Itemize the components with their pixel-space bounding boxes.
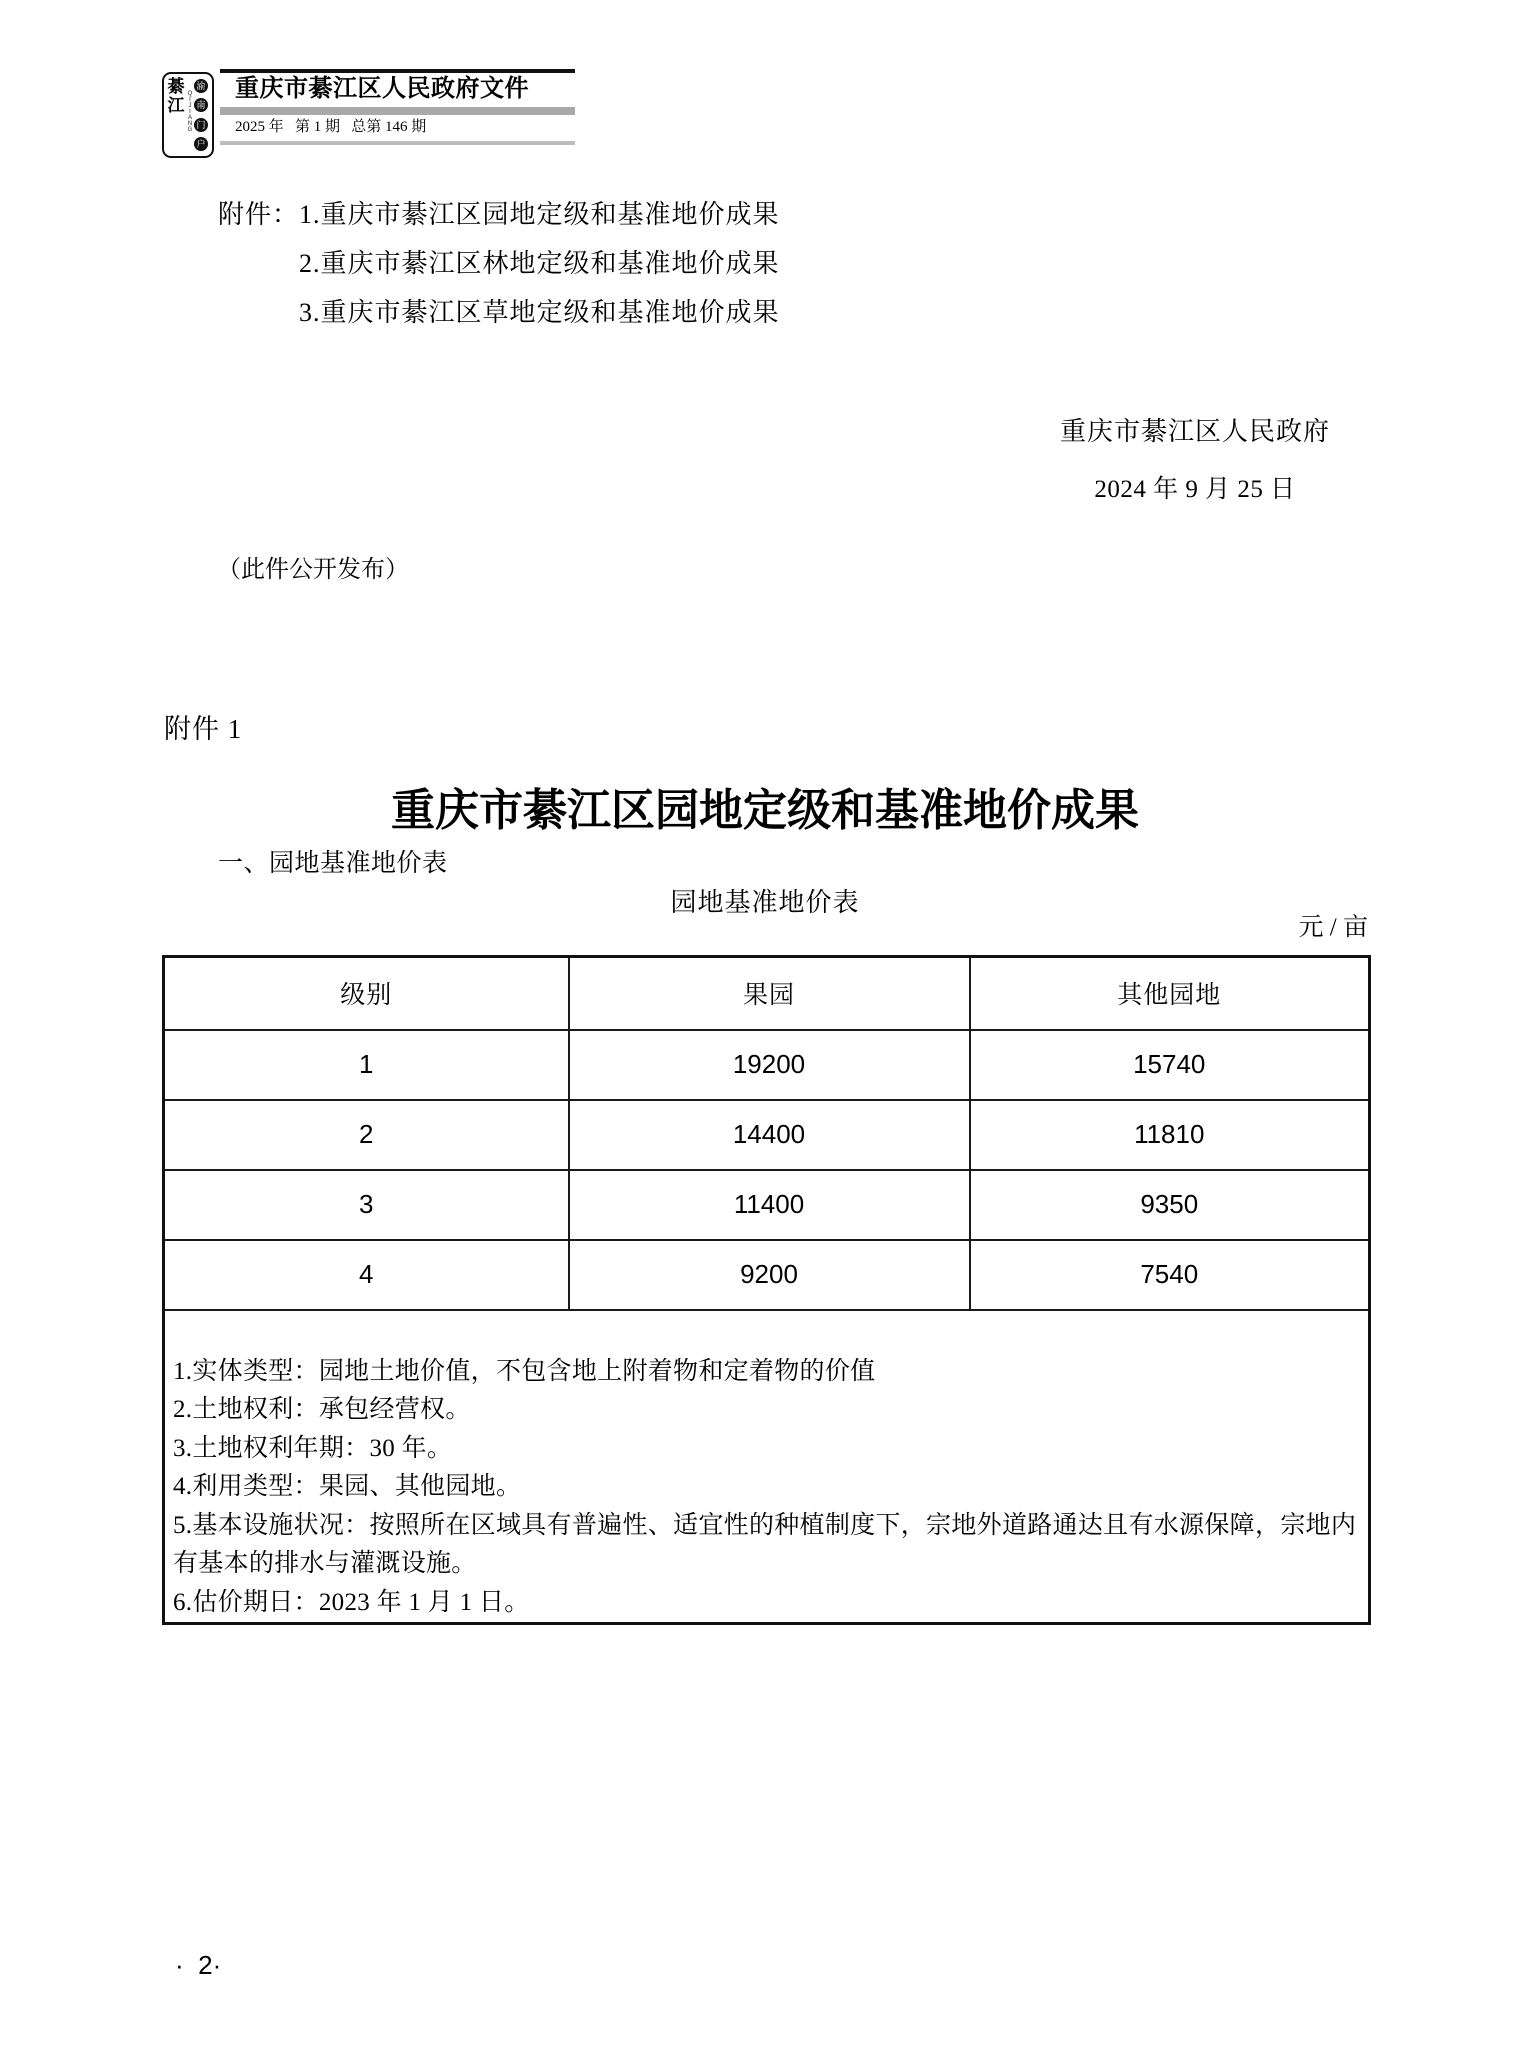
attachment-item: 1.重庆市綦江区园地定级和基准地价成果 bbox=[299, 190, 780, 239]
column-header-other-garden: 其他园地 bbox=[970, 957, 1370, 1030]
seal-icon: 南 bbox=[194, 98, 208, 112]
logo-char-1: 綦 bbox=[168, 77, 185, 96]
cell-orchard-price: 11400 bbox=[569, 1170, 970, 1240]
attachment-items: 1.重庆市綦江区园地定级和基准地价成果 2.重庆市綦江区林地定级和基准地价成果 … bbox=[299, 190, 780, 337]
logo-char-2: 江 bbox=[168, 96, 185, 115]
government-seal-logo: 綦 江 QIJIANG 渝 南 门 户 bbox=[162, 72, 214, 158]
table-row: 2 14400 11810 bbox=[164, 1100, 1370, 1170]
page-number: · 2· bbox=[175, 1950, 221, 1981]
issue-date: 2024 年 9 月 25 日 bbox=[1020, 469, 1370, 505]
cell-other-price: 7540 bbox=[970, 1240, 1370, 1310]
issue-info-line: 2025 年 第 1 期 总第 146 期 bbox=[235, 118, 426, 136]
table-row: 1 19200 15740 bbox=[164, 1030, 1370, 1100]
attachment-item: 2.重庆市綦江区林地定级和基准地价成果 bbox=[299, 239, 780, 288]
attachment-list: 附件： 1.重庆市綦江区园地定级和基准地价成果 2.重庆市綦江区林地定级和基准地… bbox=[218, 190, 780, 337]
note-line: 2.土地权利：承包经营权。 bbox=[173, 1391, 1358, 1430]
cell-level: 3 bbox=[164, 1170, 569, 1240]
table-row: 4 9200 7540 bbox=[164, 1240, 1370, 1310]
note-line: 1.实体类型：园地土地价值，不包含地上附着物和定着物的价值 bbox=[173, 1353, 1358, 1392]
attachment-label: 附件： bbox=[218, 190, 299, 337]
note-line: 3.土地权利年期：30 年。 bbox=[173, 1430, 1358, 1469]
table-notes-cell: 1.实体类型：园地土地价值，不包含地上附着物和定着物的价值 2.土地权利：承包经… bbox=[164, 1310, 1370, 1624]
document-page: 綦 江 QIJIANG 渝 南 门 户 重庆市綦江区人民政府文件 2025 年 … bbox=[0, 0, 1530, 2062]
note-line: 4.利用类型：果园、其他园地。 bbox=[173, 1468, 1358, 1507]
note-line: 5.基本设施状况：按照所在区域具有普遍性、适宜性的种植制度下，宗地外道路通达且有… bbox=[173, 1507, 1358, 1584]
table-row: 3 11400 9350 bbox=[164, 1170, 1370, 1240]
issuing-authority: 重庆市綦江区人民政府 bbox=[1020, 416, 1370, 448]
seal-icon: 渝 bbox=[194, 79, 208, 93]
cell-other-price: 9350 bbox=[970, 1170, 1370, 1240]
cell-level: 2 bbox=[164, 1100, 569, 1170]
cell-other-price: 15740 bbox=[970, 1030, 1370, 1100]
masthead-bottom-rule bbox=[220, 141, 575, 145]
table-header-row: 级别 果园 其他园地 bbox=[164, 957, 1370, 1030]
logo-romanized-text: QIJIANG bbox=[186, 91, 193, 153]
unit-label: 元 / 亩 bbox=[162, 907, 1368, 943]
table-notes-row: 1.实体类型：园地土地价值，不包含地上附着物和定着物的价值 2.土地权利：承包经… bbox=[164, 1310, 1370, 1624]
attachment-row: 附件： 1.重庆市綦江区园地定级和基准地价成果 2.重庆市綦江区林地定级和基准地… bbox=[218, 190, 780, 337]
column-header-orchard: 果园 bbox=[569, 957, 970, 1030]
public-release-note: （此件公开发布） bbox=[217, 549, 409, 584]
cell-orchard-price: 19200 bbox=[569, 1030, 970, 1100]
cell-other-price: 11810 bbox=[970, 1100, 1370, 1170]
signature-block: 重庆市綦江区人民政府 2024 年 9 月 25 日 bbox=[1020, 416, 1370, 505]
section-heading: 一、园地基准地价表 bbox=[218, 843, 448, 879]
benchmark-price-table: 级别 果园 其他园地 1 19200 15740 2 14400 11810 3… bbox=[162, 955, 1371, 1625]
masthead-gray-bar bbox=[220, 107, 575, 115]
logo-seal-column: 渝 南 门 户 bbox=[194, 77, 208, 153]
column-header-level: 级别 bbox=[164, 957, 569, 1030]
cell-orchard-price: 9200 bbox=[569, 1240, 970, 1310]
masthead-top-rule bbox=[220, 69, 575, 73]
seal-icon: 门 bbox=[194, 118, 208, 132]
appendix-title: 重庆市綦江区园地定级和基准地价成果 bbox=[0, 774, 1530, 838]
cell-level: 1 bbox=[164, 1030, 569, 1100]
document-masthead-title: 重庆市綦江区人民政府文件 bbox=[235, 74, 575, 105]
logo-characters: 綦 江 bbox=[166, 77, 186, 153]
note-line: 6.估价期日：2023 年 1 月 1 日。 bbox=[173, 1584, 1358, 1623]
cell-orchard-price: 14400 bbox=[569, 1100, 970, 1170]
cell-level: 4 bbox=[164, 1240, 569, 1310]
seal-icon: 户 bbox=[194, 137, 208, 151]
attachment-item: 3.重庆市綦江区草地定级和基准地价成果 bbox=[299, 288, 780, 337]
appendix-label: 附件 1 bbox=[164, 707, 242, 746]
